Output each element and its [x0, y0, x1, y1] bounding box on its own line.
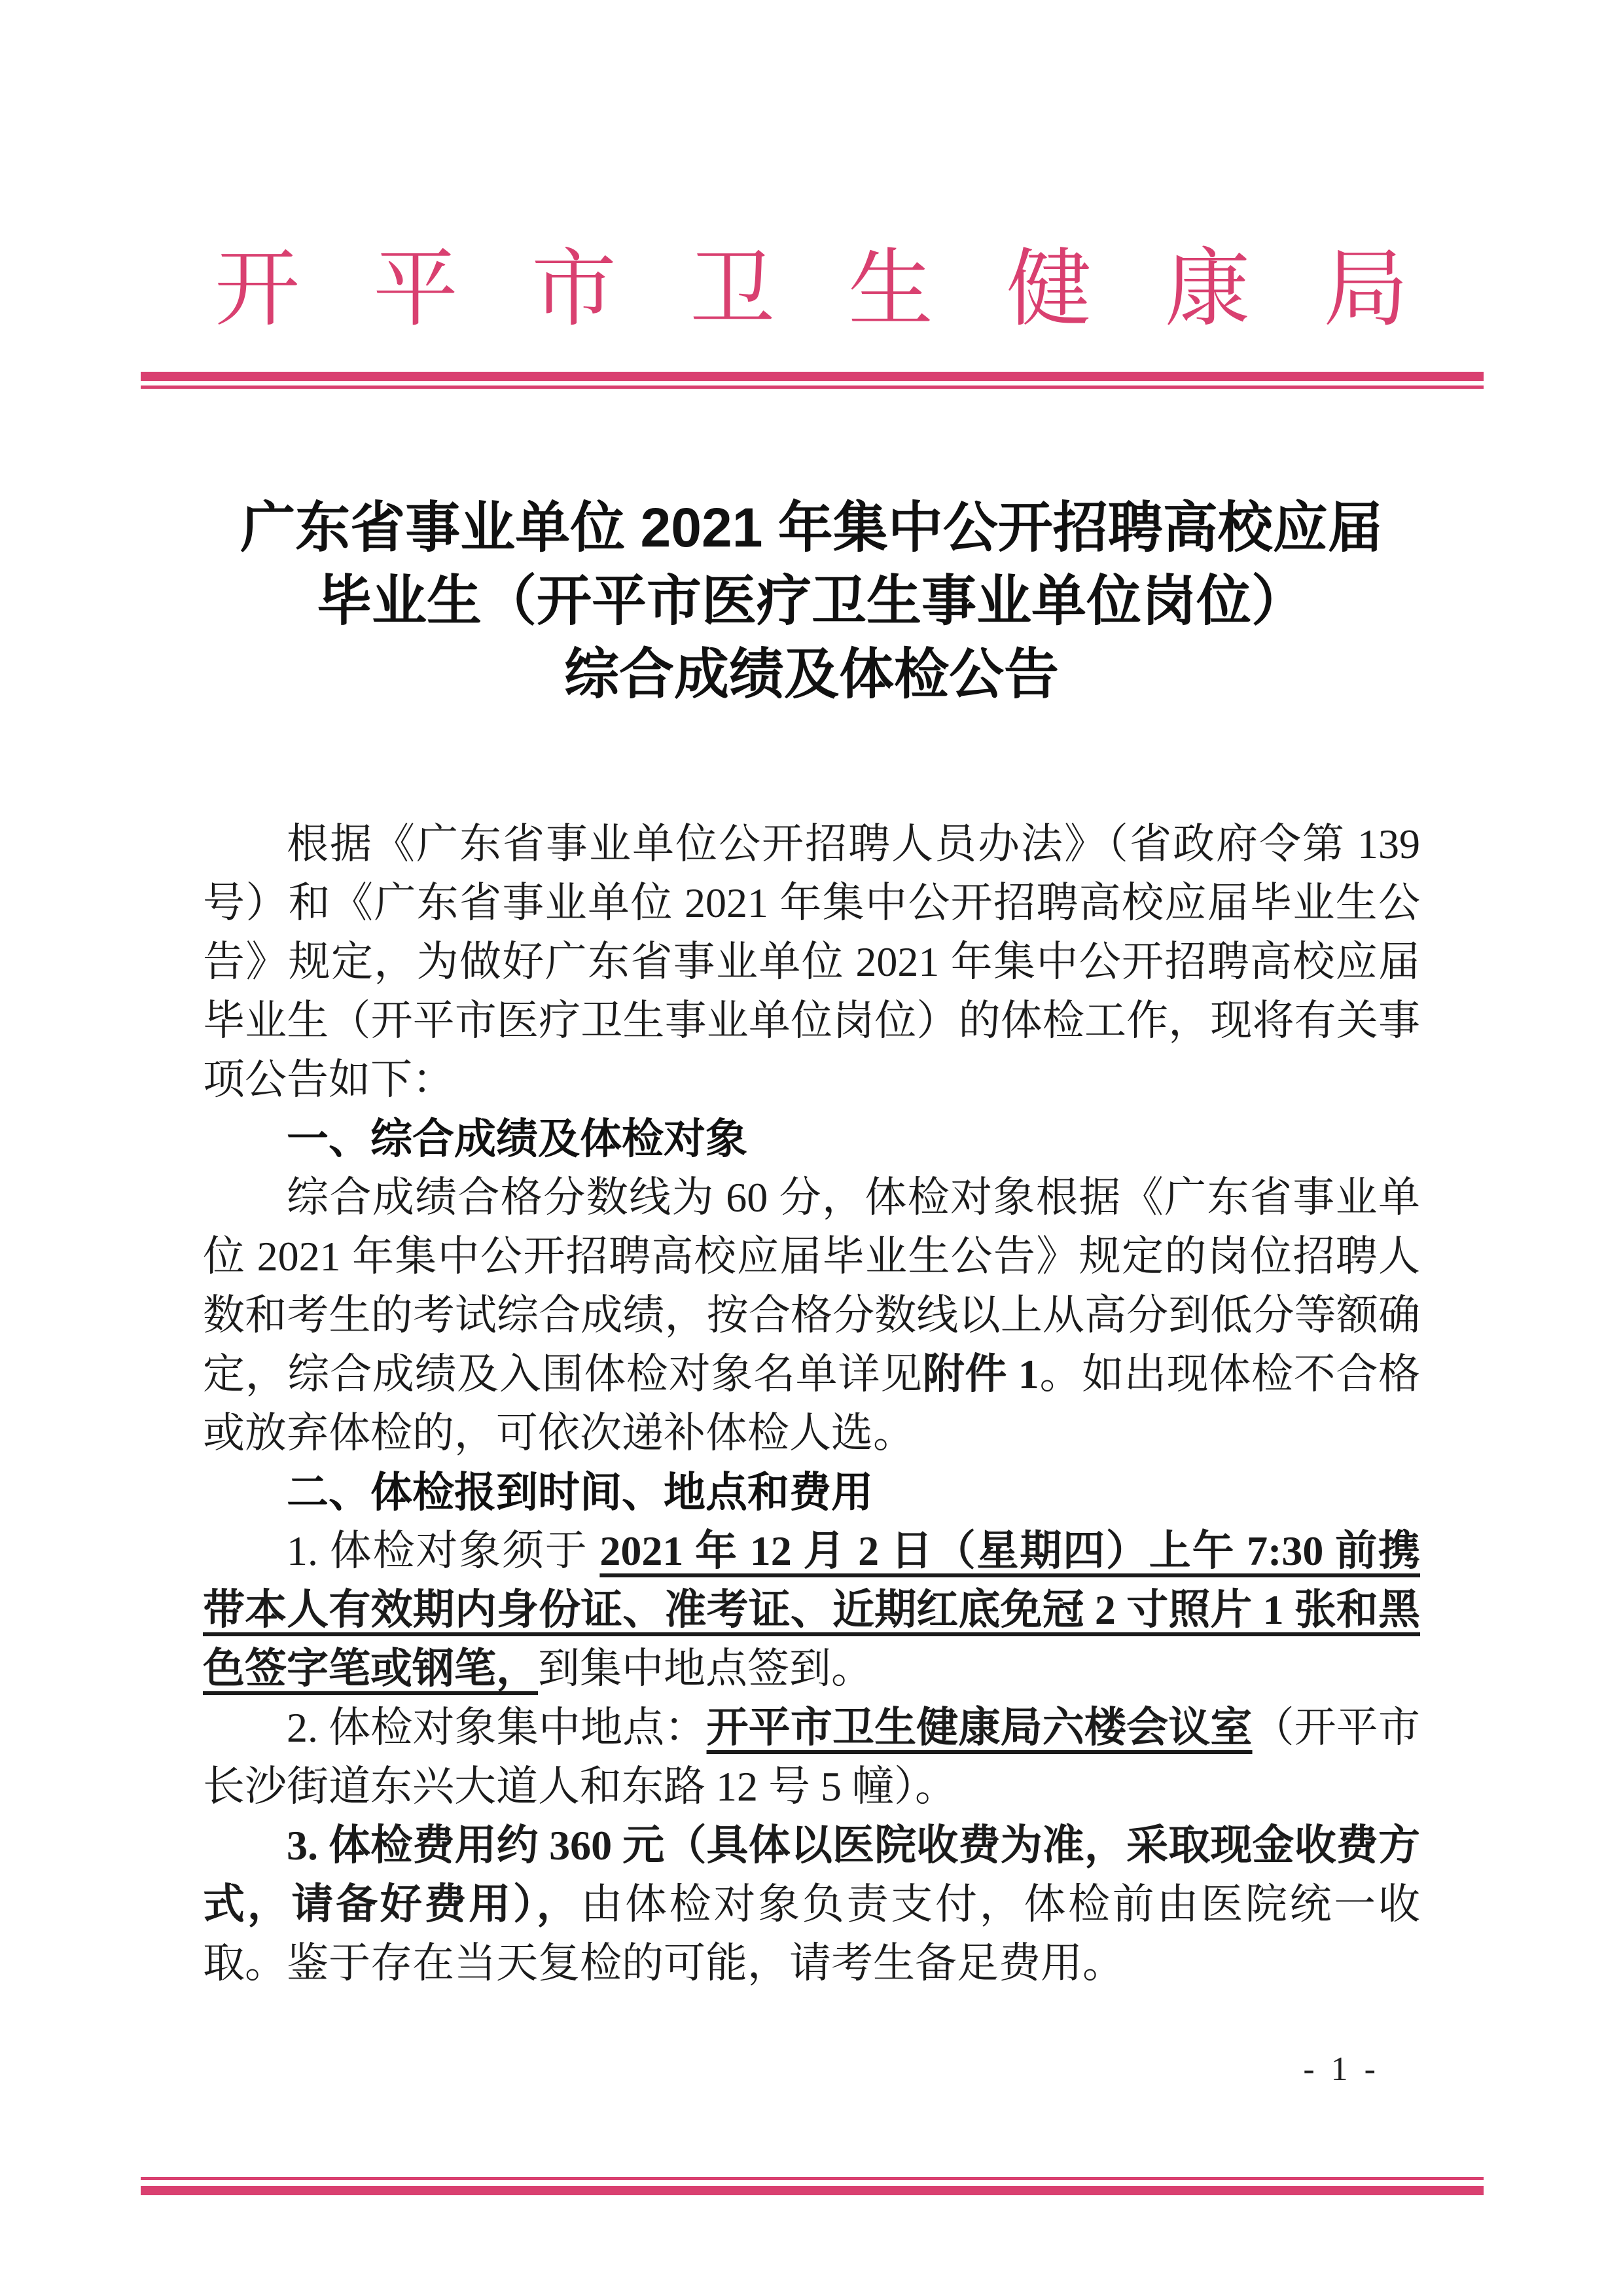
letterhead-rule-thin [141, 386, 1484, 389]
text-run-attachment-ref: 附件 1 [923, 1351, 1039, 1397]
footer-rule-thick [141, 2186, 1484, 2195]
title-line-3: 综合成绩及体检公告 [0, 637, 1623, 711]
text-run: 1. 体检对象须于 [287, 1528, 599, 1574]
page-number: - 1 - [1303, 2053, 1380, 2087]
paragraph-intro: 根据《广东省事业单位公开招聘人员办法》（省政府令第 139 号）和《广东省事业单… [203, 815, 1420, 1109]
paragraph-checkin-time: 1. 体检对象须于 2021 年 12 月 2 日（星期四）上午 7:30 前携… [203, 1522, 1420, 1698]
text-run-meeting-place: 开平市卫生健康局六楼会议室 [707, 1704, 1253, 1751]
paragraph-location: 2. 体检对象集中地点：开平市卫生健康局六楼会议室（开平市长沙街道东兴大道人和东… [203, 1698, 1420, 1816]
document-title: 广东省事业单位 2021 年集中公开招聘高校应届毕业生（开平市医疗卫生事业单位岗… [0, 491, 1623, 711]
text-run: 到集中地点签到。 [538, 1645, 873, 1692]
footer-rule-thin [141, 2177, 1484, 2180]
document-body: 根据《广东省事业单位公开招聘人员办法》（省政府令第 139 号）和《广东省事业单… [203, 815, 1420, 1993]
title-line-2: 毕业生（开平市医疗卫生事业单位岗位） [0, 564, 1623, 637]
section-heading-1: 一、综合成绩及体检对象 [203, 1109, 1420, 1168]
bureau-name: 开平市卫生健康局 [0, 243, 1623, 337]
paragraph-scores: 综合成绩合格分数线为 60 分，体检对象根据《广东省事业单位 2021 年集中公… [203, 1168, 1420, 1463]
letterhead-rule-thick [141, 372, 1484, 381]
section-heading-2: 二、体检报到时间、地点和费用 [203, 1463, 1420, 1522]
text-run: 2. 体检对象集中地点： [287, 1704, 707, 1751]
paragraph-fee: 3. 体检费用约 360 元（具体以医院收费为准，采取现金收费方式，请备好费用）… [203, 1816, 1420, 1993]
title-line-1: 广东省事业单位 2021 年集中公开招聘高校应届 [0, 491, 1623, 564]
document-page: 开平市卫生健康局 广东省事业单位 2021 年集中公开招聘高校应届毕业生（开平市… [0, 0, 1623, 2296]
